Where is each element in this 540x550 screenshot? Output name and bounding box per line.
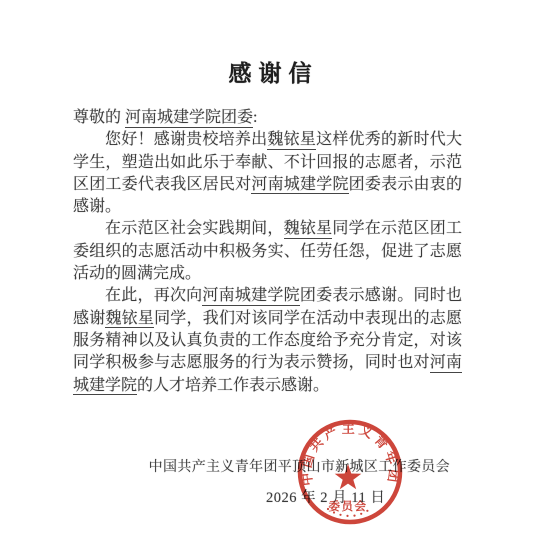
salutation-colon: :: [253, 109, 257, 126]
seal-bottom-text: 委员会: [329, 499, 368, 513]
paragraph-3: 在此，再次向河南城建学院团委表示感谢。同时也感谢魏铱星同学，我们对该同学在活动中…: [73, 285, 462, 396]
p3-text: 在此，再次向: [105, 287, 202, 304]
paragraph-1: 您好！感谢贵校培养出魏铱星这样优秀的新时代大学生，塑造出如此乐于奉献、不计回报的…: [73, 129, 462, 218]
salutation-line: 尊敬的 河南城建学院团委:: [73, 107, 462, 129]
official-seal: 中国共产主义青年团 委员会: [294, 416, 406, 528]
letter-body: 尊敬的 河南城建学院团委: 您好！感谢贵校培养出魏铱星这样优秀的新时代大学生，塑…: [73, 107, 462, 397]
student-name-underlined: 魏铱星: [105, 310, 154, 329]
p3-text: 的人才培养工作表示感谢。: [137, 377, 329, 394]
college-name-underlined: 河南城建学院: [251, 176, 348, 195]
salutation-prefix: 尊敬的: [73, 109, 125, 126]
student-name-underlined: 魏铱星: [267, 131, 316, 150]
p1-text: 您好！感谢贵校培养出: [105, 131, 267, 148]
red-star-icon: [335, 464, 362, 489]
letter-title: 感谢信: [0, 55, 540, 88]
recipient-name-underlined: 河南城建学院团委: [125, 109, 253, 128]
paragraph-2: 在示范区社会实践期间，魏铱星同学在示范区团工委组织的志愿活动中积极务实、任劳任怨…: [73, 218, 462, 285]
p2-text: 在示范区社会实践期间，: [105, 220, 284, 237]
thank-you-letter-page: 感谢信 尊敬的 河南城建学院团委: 您好！感谢贵校培养出魏铱星这样优秀的新时代大…: [0, 0, 540, 550]
student-name-underlined: 魏铱星: [284, 220, 333, 239]
college-name-underlined: 河南城建学院: [202, 287, 299, 306]
